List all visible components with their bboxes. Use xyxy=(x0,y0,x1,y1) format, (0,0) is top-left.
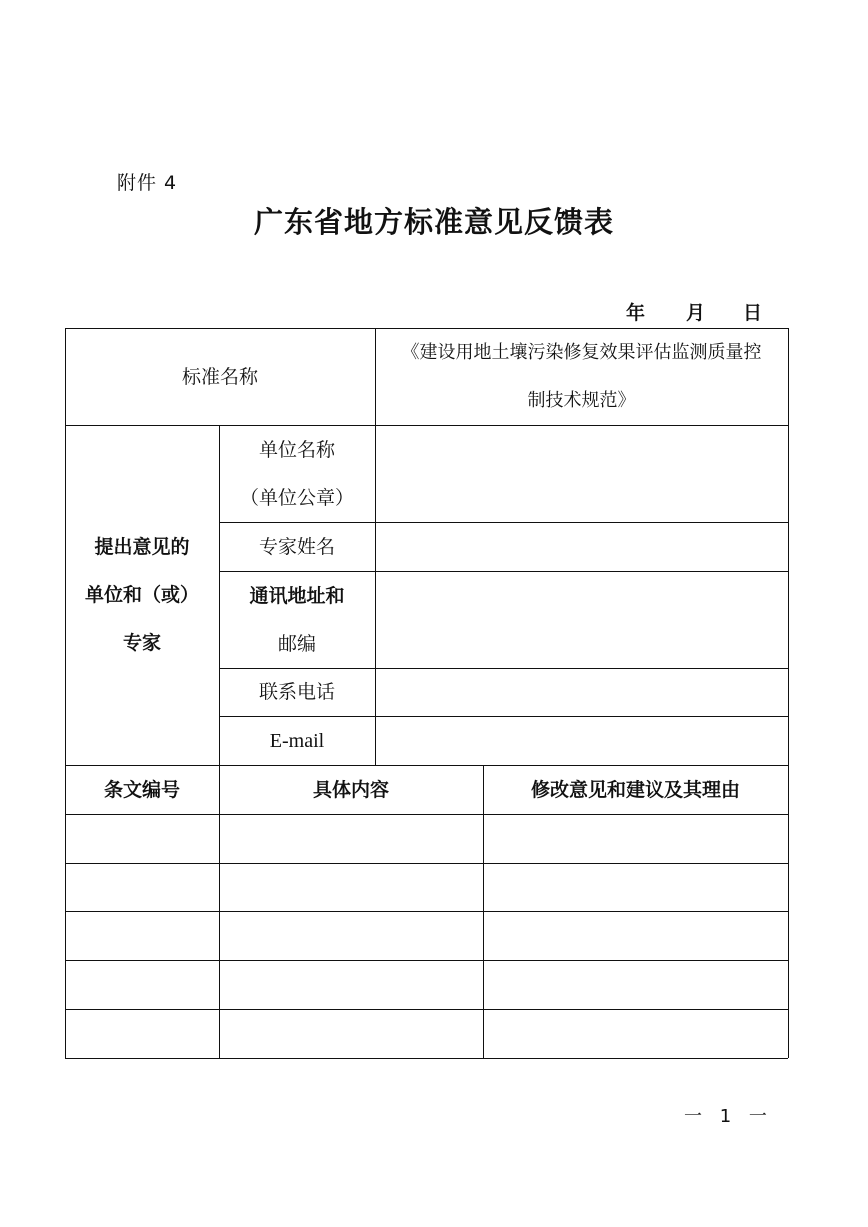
phone-label-text: 联系电话 xyxy=(259,668,335,716)
header-clause-number: 条文编号 xyxy=(65,765,219,814)
comment-row-1-content[interactable] xyxy=(219,814,483,863)
submitter-group-line2: 单位和（或） xyxy=(85,571,199,619)
phone-field[interactable] xyxy=(375,668,788,716)
address-label-line2: 邮编 xyxy=(278,620,316,668)
comment-row-2-suggestion[interactable] xyxy=(483,863,788,911)
standard-name-label-text: 标准名称 xyxy=(182,353,258,401)
date-month: 月 xyxy=(686,298,705,325)
address-field[interactable] xyxy=(375,571,788,668)
submitter-group-line3: 专家 xyxy=(123,619,161,667)
submitter-group-line1: 提出意见的 xyxy=(94,523,189,571)
phone-label: 联系电话 xyxy=(219,668,375,716)
comment-row-5-suggestion[interactable] xyxy=(483,1009,788,1058)
address-label-line1: 通讯地址和 xyxy=(249,572,344,620)
standard-name-line2: 制技术规范》 xyxy=(528,377,636,425)
expert-name-field[interactable] xyxy=(375,522,788,571)
page-number: 一 1 一 xyxy=(684,1102,773,1128)
unit-name-label-line1: 单位名称 xyxy=(259,426,335,474)
comment-row-2-content[interactable] xyxy=(219,863,483,911)
table-border-right xyxy=(788,328,789,1058)
comment-row-4-clause[interactable] xyxy=(65,960,219,1009)
comment-row-5-clause[interactable] xyxy=(65,1009,219,1058)
expert-name-label: 专家姓名 xyxy=(219,522,375,571)
comment-row-1-clause[interactable] xyxy=(65,814,219,863)
header-suggestions: 修改意见和建议及其理由 xyxy=(483,765,788,814)
standard-name-line1: 《建设用地土壤污染修复效果评估监测质量控 xyxy=(402,329,762,377)
header-specific-content: 具体内容 xyxy=(219,765,483,814)
comment-row-4-content[interactable] xyxy=(219,960,483,1009)
comment-row-5-content[interactable] xyxy=(219,1009,483,1058)
comment-row-1-suggestion[interactable] xyxy=(483,814,788,863)
email-label-text: E-mail xyxy=(270,717,324,765)
unit-name-field[interactable] xyxy=(375,425,788,522)
document-title: 广东省地方标准意见反馈表 xyxy=(0,200,868,241)
date-day: 日 xyxy=(743,298,762,325)
unit-name-label: 单位名称 （单位公章） xyxy=(219,425,375,522)
attachment-label: 附件 4 xyxy=(117,168,177,195)
email-field[interactable] xyxy=(375,716,788,765)
comment-row-2-clause[interactable] xyxy=(65,863,219,911)
address-label: 通讯地址和 邮编 xyxy=(219,571,375,668)
submitter-group-label: 提出意见的 单位和（或） 专家 xyxy=(65,425,219,765)
comment-row-4-suggestion[interactable] xyxy=(483,960,788,1009)
unit-name-label-line2: （单位公章） xyxy=(240,474,354,522)
feedback-table: 标准名称 《建设用地土壤污染修复效果评估监测质量控 制技术规范》 提出意见的 单… xyxy=(65,328,788,1058)
comment-row-3-clause[interactable] xyxy=(65,911,219,960)
comment-row-3-suggestion[interactable] xyxy=(483,911,788,960)
standard-name-label: 标准名称 xyxy=(65,328,375,425)
expert-name-label-text: 专家姓名 xyxy=(259,523,335,571)
email-label: E-mail xyxy=(219,716,375,765)
table-border-bottom xyxy=(65,1058,788,1059)
comment-row-3-content[interactable] xyxy=(219,911,483,960)
date-year: 年 xyxy=(626,298,645,325)
standard-name-value: 《建设用地土壤污染修复效果评估监测质量控 制技术规范》 xyxy=(375,328,788,425)
